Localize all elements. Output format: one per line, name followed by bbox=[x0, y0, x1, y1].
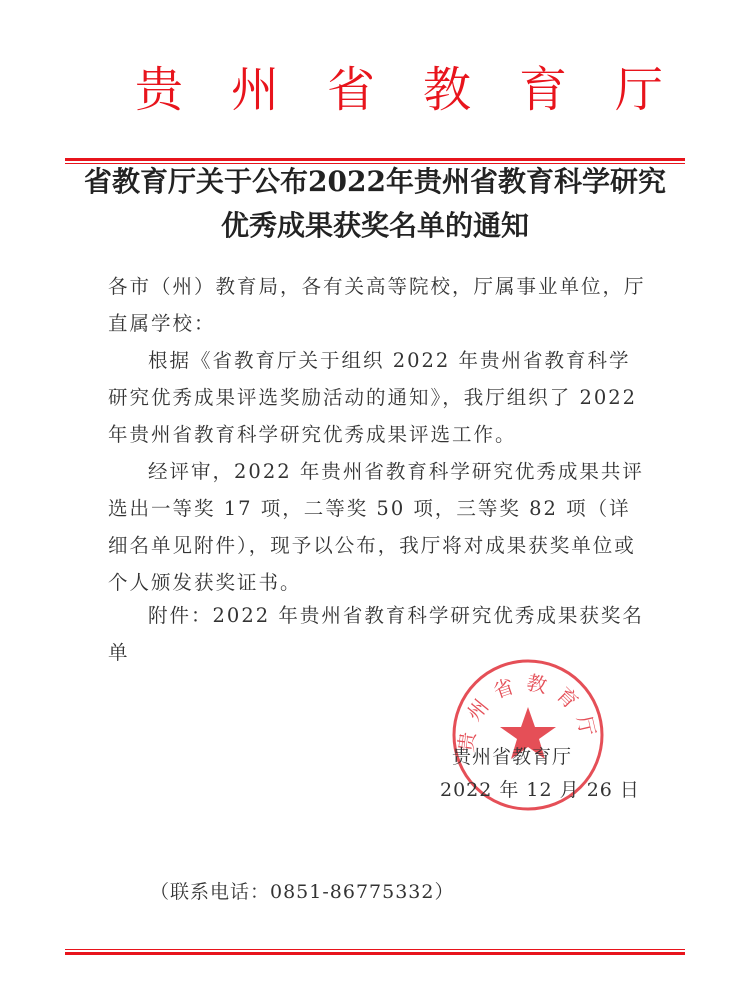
footer-divider bbox=[65, 949, 685, 955]
paragraph-1: 根据《省教育厅关于组织 2022 年贵州省教育科学研究优秀成果评选奖励活动的通知… bbox=[108, 342, 648, 453]
title-line-1: 省教育厅关于公布2022年贵州省教育科学研究 bbox=[0, 160, 750, 204]
paragraph-2: 经评审，2022 年贵州省教育科学研究优秀成果共评选出一等奖 17 项，二等奖 … bbox=[108, 453, 648, 601]
document-title: 省教育厅关于公布2022年贵州省教育科学研究 优秀成果获奖名单的通知 bbox=[0, 160, 750, 248]
title-line-2: 优秀成果获奖名单的通知 bbox=[0, 204, 750, 248]
masthead-issuer: 贵州省教育厅 bbox=[0, 66, 750, 114]
issue-date: 2022 年 12 月 26 日 bbox=[440, 775, 640, 802]
salutation: 各市（州）教育局，各有关高等院校，厅属事业单位，厅直属学校： bbox=[108, 268, 648, 342]
footer-divider-thin bbox=[65, 949, 685, 950]
contact-phone: （联系电话：0851-86775332） bbox=[150, 877, 454, 904]
signature: 贵州省教育厅 bbox=[452, 742, 572, 769]
footer-divider-thick bbox=[65, 952, 685, 955]
